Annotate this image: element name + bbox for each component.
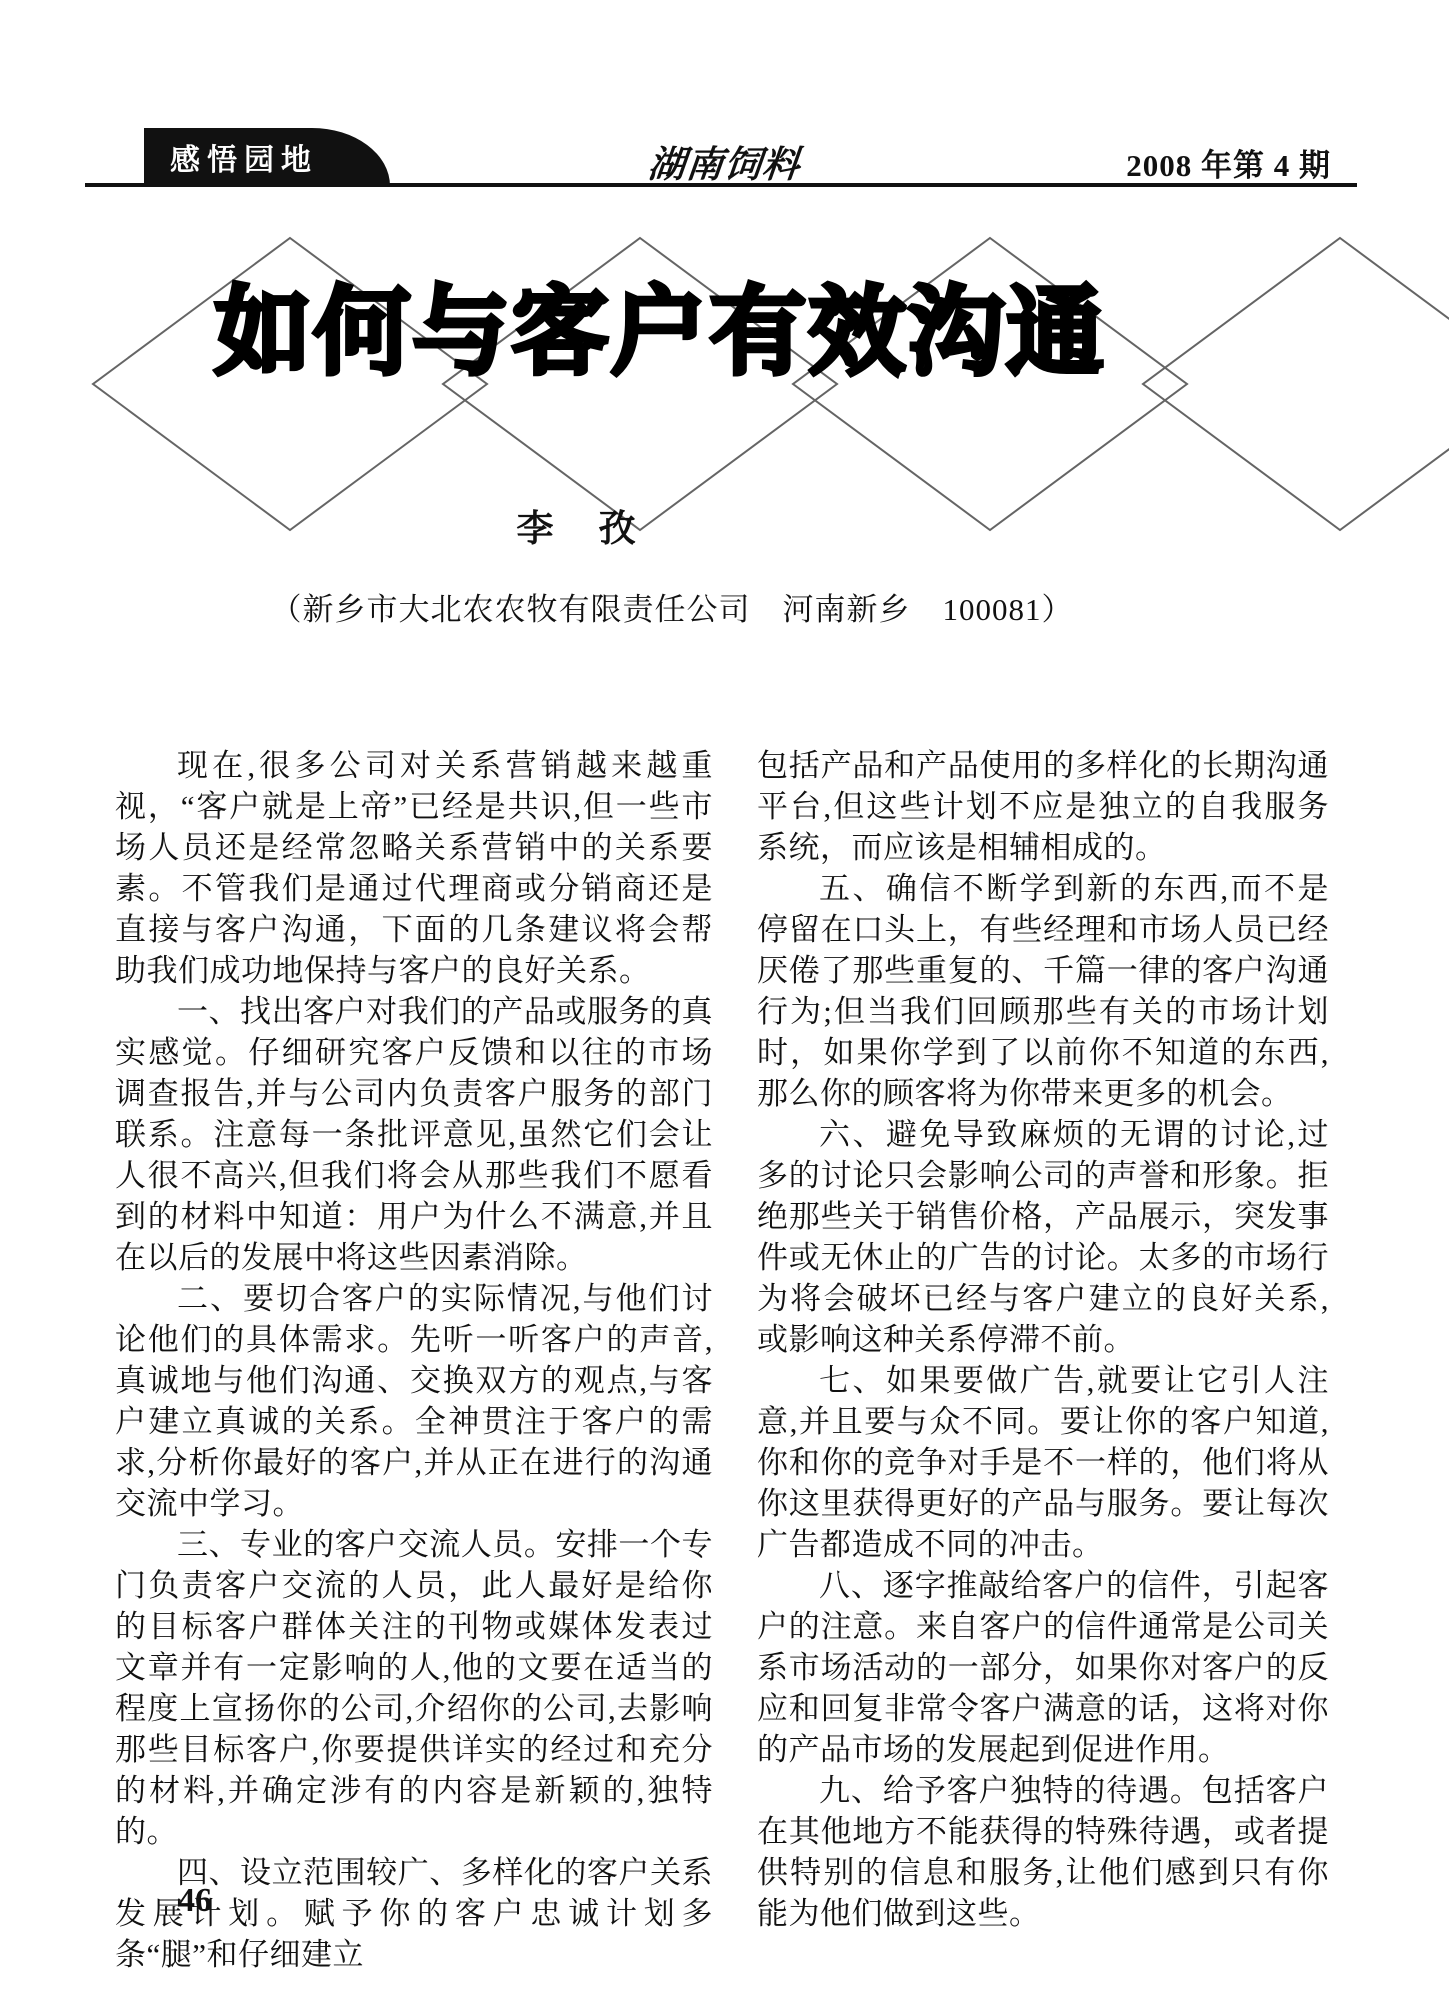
paragraph: 三、专业的客户交流人员。安排一个专门负责客户交流的人员，此人最好是给你的目标客户…	[115, 1524, 713, 1852]
article-affiliation: （新乡市大北农农牧有限责任公司 河南新乡 100081）	[0, 584, 1344, 629]
article-author: 李 孜	[0, 498, 1156, 552]
paragraph: 五、确信不断学到新的东西,而不是停留在口头上，有些经理和市场人员已经厌倦了那些重…	[757, 868, 1329, 1114]
scanned-journal-page: 感悟园地 湖南饲料 2008 年第 4 期 如何与客户有效沟通 李 孜 （新乡市…	[0, 0, 1449, 1996]
paragraph: 七、如果要做广告,就要让它引人注意,并且要与众不同。要让你的客户知道,你和你的竞…	[757, 1360, 1329, 1565]
paragraph: 一、找出客户对我们的产品或服务的真实感觉。仔细研究客户反馈和以往的市场调查报告,…	[115, 991, 713, 1278]
paragraph: 八、逐字推敲给客户的信件，引起客户的注意。来自客户的信件通常是公司关系市场活动的…	[757, 1565, 1329, 1770]
paragraph: 六、避免导致麻烦的无谓的讨论,过多的讨论只会影响公司的声誉和形象。拒绝那些关于销…	[757, 1114, 1329, 1360]
paragraph-continuation: 包括产品和产品使用的多样化的长期沟通平台,但这些计划不应是独立的自我服务系统，而…	[757, 745, 1329, 868]
issue-label: 2008 年第 4 期	[1126, 140, 1331, 185]
paragraph: 二、要切合客户的实际情况,与他们讨论他们的具体需求。先听一听客户的声音,真诚地与…	[115, 1278, 713, 1524]
right-column: 包括产品和产品使用的多样化的长期沟通平台,但这些计划不应是独立的自我服务系统，而…	[757, 745, 1329, 1975]
paragraph: 现在,很多公司对关系营销越来越重视，“客户就是上帝”已经是共识,但一些市场人员还…	[115, 745, 713, 991]
left-column: 现在,很多公司对关系营销越来越重视，“客户就是上帝”已经是共识,但一些市场人员还…	[115, 745, 713, 1975]
article-body: 现在,很多公司对关系营销越来越重视，“客户就是上帝”已经是共识,但一些市场人员还…	[115, 745, 1329, 1975]
page-number: 46	[178, 1882, 212, 1920]
article-title: 如何与客户有效沟通	[0, 256, 1449, 393]
paragraph: 九、给予客户独特的待遇。包括客户在其他地方不能获得的特殊待遇，或者提供特别的信息…	[757, 1770, 1329, 1934]
